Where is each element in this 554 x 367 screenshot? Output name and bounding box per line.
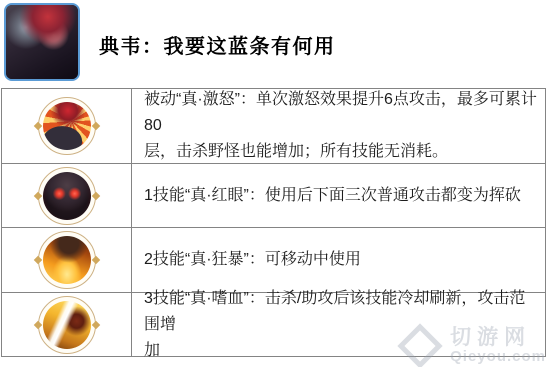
skill2-description: 2技能“真·狂暴”：可移动中使用: [132, 228, 545, 292]
skill2-frenzy-art: [43, 236, 91, 284]
skill3-description: 3技能“真·嗜血”：击杀/助攻后该技能冷却刷新，攻击范围增 加: [132, 293, 545, 356]
hero-avatar-art: [6, 5, 78, 79]
ring-diamond-left-icon: [33, 191, 41, 199]
ring-diamond-left-icon: [33, 320, 41, 328]
passive-icon-cell: [2, 89, 132, 163]
skill2-icon-cell: [2, 228, 132, 292]
skill1-icon-cell: [2, 164, 132, 227]
table-row-skill1: 1技能“真·红眼”：使用后下面三次普通攻击都变为挥砍: [2, 163, 545, 227]
skill2-frenzy-icon: [38, 231, 96, 289]
ring-diamond-right-icon: [91, 256, 99, 264]
ring-diamond-right-icon: [91, 191, 99, 199]
page: 典韦：我要这蓝条有何用 被动“真·激怒”：单次激怒效果提升6点攻击，最多可累计8…: [0, 0, 554, 367]
passive-description: 被动“真·激怒”：单次激怒效果提升6点攻击，最多可累计80 层，击杀野怪也能增加…: [132, 89, 545, 163]
skill3-bloodthirst-art: [43, 301, 91, 349]
table-row-passive: 被动“真·激怒”：单次激怒效果提升6点攻击，最多可累计80 层，击杀野怪也能增加…: [2, 89, 545, 163]
skill1-redeye-icon: [38, 167, 96, 225]
passive-rage-art: [43, 102, 91, 150]
skill3-icon-cell: [2, 293, 132, 356]
table-row-skill3: 3技能“真·嗜血”：击杀/助攻后该技能冷却刷新，攻击范围增 加: [2, 292, 545, 356]
skill1-description: 1技能“真·红眼”：使用后下面三次普通攻击都变为挥砍: [132, 164, 545, 227]
passive-rage-icon: [38, 97, 96, 155]
table-row-skill2: 2技能“真·狂暴”：可移动中使用: [2, 227, 545, 292]
skill-table: 被动“真·激怒”：单次激怒效果提升6点攻击，最多可累计80 层，击杀野怪也能增加…: [1, 88, 546, 357]
ring-diamond-right-icon: [91, 122, 99, 130]
hero-avatar: [4, 3, 80, 81]
skill1-redeye-art: [43, 172, 91, 220]
ring-diamond-left-icon: [33, 122, 41, 130]
skill3-bloodthirst-icon: [38, 296, 96, 354]
ring-diamond-left-icon: [33, 256, 41, 264]
ring-diamond-right-icon: [91, 320, 99, 328]
page-title: 典韦：我要这蓝条有何用: [99, 30, 336, 59]
